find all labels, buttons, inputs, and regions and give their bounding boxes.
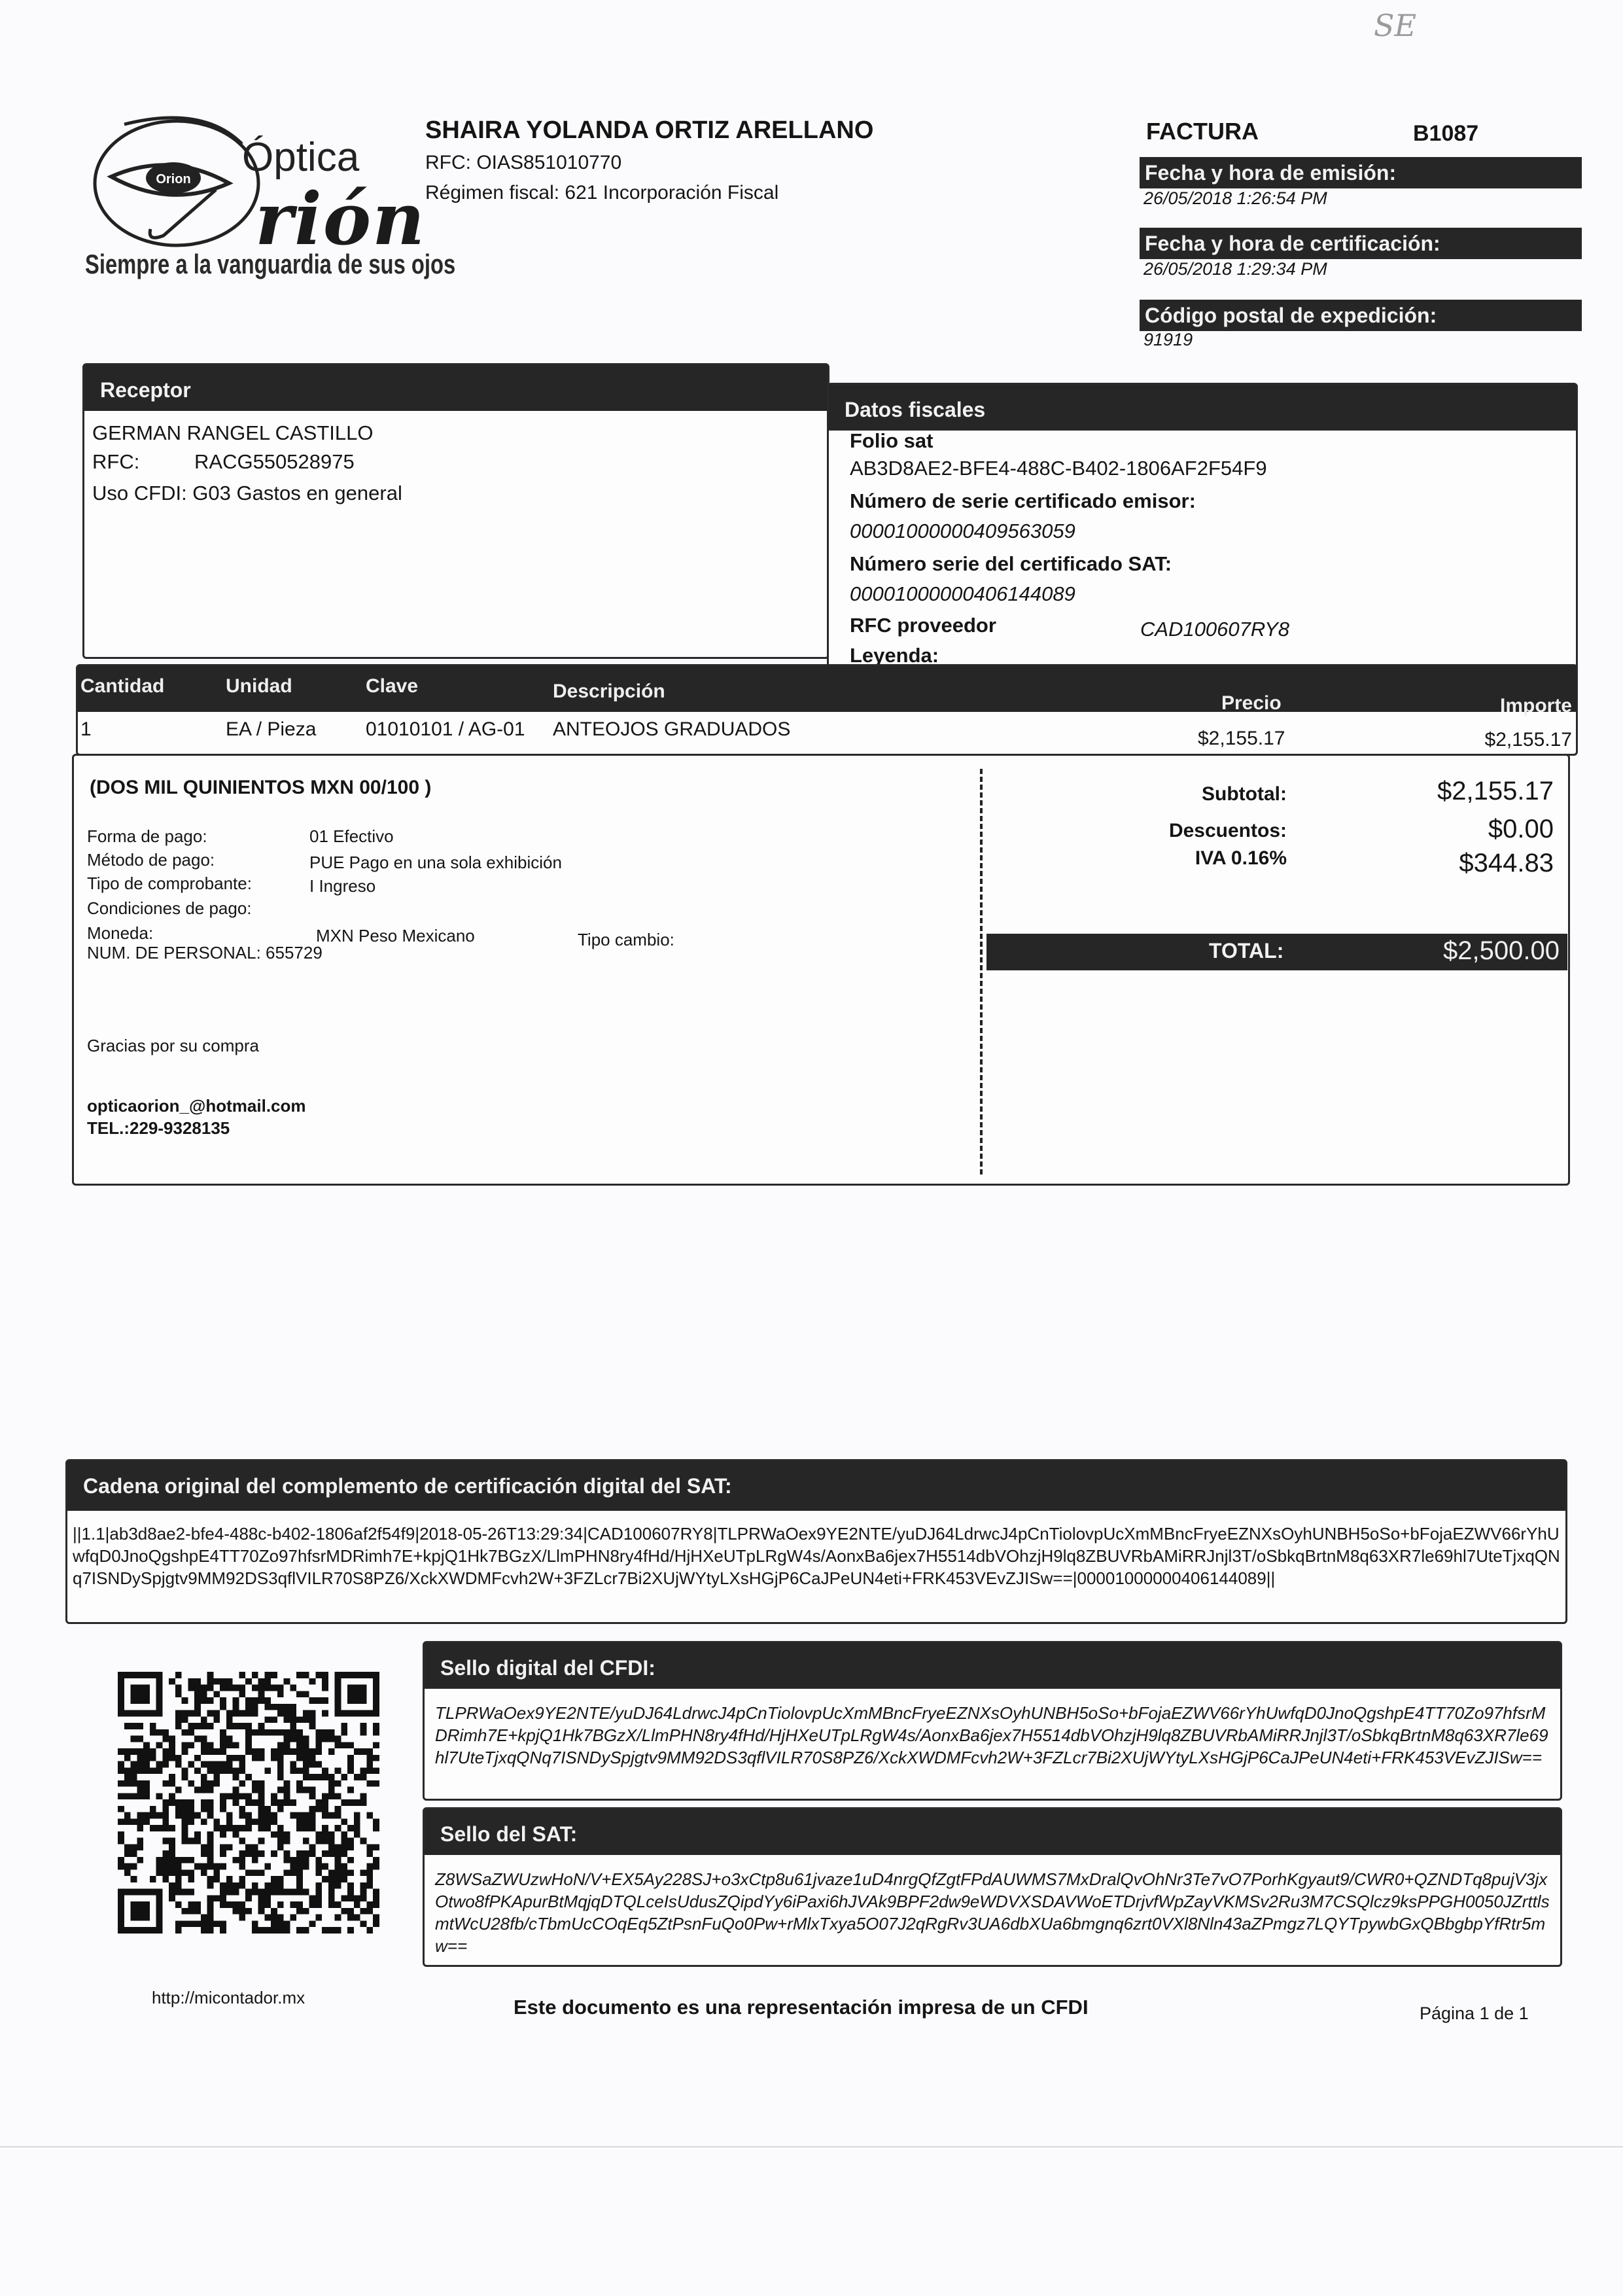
tipo-cambio-label: Tipo cambio: — [578, 930, 674, 950]
item-cantidad: 1 — [80, 718, 92, 741]
certification-date-label: Fecha y hora de certificación: — [1140, 228, 1582, 259]
iva-value: $344.83 — [1459, 849, 1554, 878]
logo-optica-text: Óptica — [242, 134, 359, 181]
svg-text:Orion: Orion — [156, 172, 190, 186]
iva-label: IVA 0.16% — [1195, 847, 1287, 870]
qr-code — [118, 1672, 379, 1934]
tipo-comprobante-label: Tipo de comprobante: — [87, 874, 252, 894]
item-clave: 01010101 / AG-01 — [366, 718, 525, 741]
rfc-proveedor-label: RFC proveedor — [850, 614, 996, 637]
item-unidad: EA / Pieza — [226, 718, 316, 741]
cert-emisor-label: Número de serie certificado emisor: — [850, 489, 1196, 513]
column-clave: Clave — [366, 675, 418, 698]
item-descripcion: ANTEOJOS GRADUADOS — [553, 718, 790, 741]
issuer-name: SHAIRA YOLANDA ORTIZ ARELLANO — [425, 116, 873, 145]
footer-url[interactable]: http://micontador.mx — [152, 1988, 305, 2008]
item-importe: $2,155.17 — [1485, 729, 1572, 751]
receptor-name: GERMAN RANGEL CASTILLO — [92, 421, 374, 445]
folio-sat-value: AB3D8AE2-BFE4-488C-B402-1806AF2F54F9 — [850, 457, 1267, 480]
issuer-regimen: Régimen fiscal: 621 Incorporación Fiscal — [425, 182, 778, 204]
descuentos-value: $0.00 — [1488, 815, 1554, 844]
rfc-proveedor-value: CAD100607RY8 — [1140, 618, 1289, 641]
cadena-original-box: Cadena original del complemento de certi… — [65, 1459, 1567, 1624]
column-unidad: Unidad — [226, 675, 292, 698]
metodo-pago-value: PUE Pago en una sola exhibición — [309, 853, 562, 873]
summary-divider — [980, 769, 983, 1174]
footer-legend: Este documento es una representación imp… — [514, 1996, 1089, 2019]
total-label: TOTAL: — [1209, 939, 1283, 963]
moneda-label: Moneda: — [87, 923, 153, 944]
folio-sat-label: Folio sat — [850, 429, 933, 453]
summary-box: (DOS MIL QUINIENTOS MXN 00/100 ) Forma d… — [72, 754, 1570, 1186]
subtotal-label: Subtotal: — [1202, 783, 1287, 805]
datos-fiscales-title: Datos fiscales — [829, 385, 1576, 431]
page-number: Página 1 de 1 — [1420, 2004, 1529, 2024]
total-bar: TOTAL: $2,500.00 — [986, 934, 1567, 970]
sello-sat-box: Sello del SAT: Z8WSaZWUzwHoN/V+EX5Ay228S… — [423, 1807, 1562, 1967]
page-bottom-rule — [0, 2146, 1623, 2147]
cadena-original-text: ||1.1|ab3d8ae2-bfe4-488c-b402-1806af2f54… — [67, 1511, 1565, 1601]
amount-in-words: (DOS MIL QUINIENTOS MXN 00/100 ) — [90, 777, 431, 799]
column-importe: Importe — [1500, 695, 1572, 717]
invoice-folio: B1087 — [1413, 121, 1478, 147]
contact-email: opticaorion_@hotmail.com — [87, 1096, 306, 1116]
postal-code-value: 91919 — [1143, 330, 1193, 350]
items-table-header: Cantidad Unidad Clave Descripción Precio… — [78, 666, 1576, 712]
tipo-comprobante-value: I Ingreso — [309, 876, 375, 896]
sello-cfdi-title: Sello digital del CFDI: — [425, 1643, 1560, 1689]
item-precio: $2,155.17 — [1198, 728, 1285, 750]
total-value: $2,500.00 — [1443, 936, 1560, 966]
contact-phone: TEL.:229-9328135 — [87, 1118, 230, 1139]
receptor-rfc-label: RFC: — [92, 450, 139, 474]
sello-sat-text: Z8WSaZWUzwHoN/V+EX5Ay228SJ+o3xCtp8u61jva… — [425, 1855, 1560, 1970]
forma-pago-value: 01 Efectivo — [309, 826, 394, 847]
column-cantidad: Cantidad — [80, 675, 164, 698]
cert-sat-value: 00001000000406144089 — [850, 582, 1075, 606]
sello-sat-title: Sello del SAT: — [425, 1809, 1560, 1855]
certification-date-value: 26/05/2018 1:29:34 PM — [1143, 259, 1327, 279]
column-precio: Precio — [1221, 692, 1282, 715]
logo-tagline: Siempre a la vanguardia de sus ojos — [85, 249, 455, 280]
qr-code-icon — [118, 1672, 379, 1934]
items-table: Cantidad Unidad Clave Descripción Precio… — [76, 664, 1578, 756]
num-personal: NUM. DE PERSONAL: 655729 — [87, 943, 323, 963]
metodo-pago-label: Método de pago: — [87, 850, 215, 870]
emission-date-value: 26/05/2018 1:26:54 PM — [1143, 188, 1327, 209]
cadena-original-title: Cadena original del complemento de certi… — [67, 1461, 1565, 1511]
cert-sat-label: Número serie del certificado SAT: — [850, 552, 1172, 576]
issuer-rfc: RFC: OIAS851010770 — [425, 152, 621, 174]
sello-cfdi-text: TLPRWaOex9YE2NTE/yuDJ64LdrwcJ4pCnTiolovp… — [425, 1689, 1560, 1782]
datos-fiscales-box: Datos fiscales Folio sat AB3D8AE2-BFE4-4… — [827, 383, 1578, 679]
postal-code-label: Código postal de expedición: — [1140, 300, 1582, 331]
receptor-uso-cfdi: Uso CFDI: G03 Gastos en general — [92, 482, 402, 505]
forma-pago-label: Forma de pago: — [87, 826, 207, 847]
cert-emisor-value: 00001000000409563059 — [850, 520, 1075, 543]
moneda-value: MXN Peso Mexicano — [316, 926, 475, 946]
subtotal-value: $2,155.17 — [1437, 777, 1554, 806]
handwritten-annotation: SE — [1374, 8, 1416, 43]
column-descripcion: Descripción — [553, 680, 665, 703]
thanks-message: Gracias por su compra — [87, 1036, 259, 1056]
receptor-box: Receptor GERMAN RANGEL CASTILLO RFC: RAC… — [82, 363, 829, 659]
condiciones-pago-label: Condiciones de pago: — [87, 898, 252, 919]
emission-date-label: Fecha y hora de emisión: — [1140, 157, 1582, 188]
descuentos-label: Descuentos: — [1169, 820, 1287, 842]
document-type: FACTURA — [1146, 118, 1259, 145]
receptor-title: Receptor — [84, 365, 828, 411]
receptor-rfc: RACG550528975 — [194, 450, 355, 474]
sello-cfdi-box: Sello digital del CFDI: TLPRWaOex9YE2NTE… — [423, 1641, 1562, 1801]
